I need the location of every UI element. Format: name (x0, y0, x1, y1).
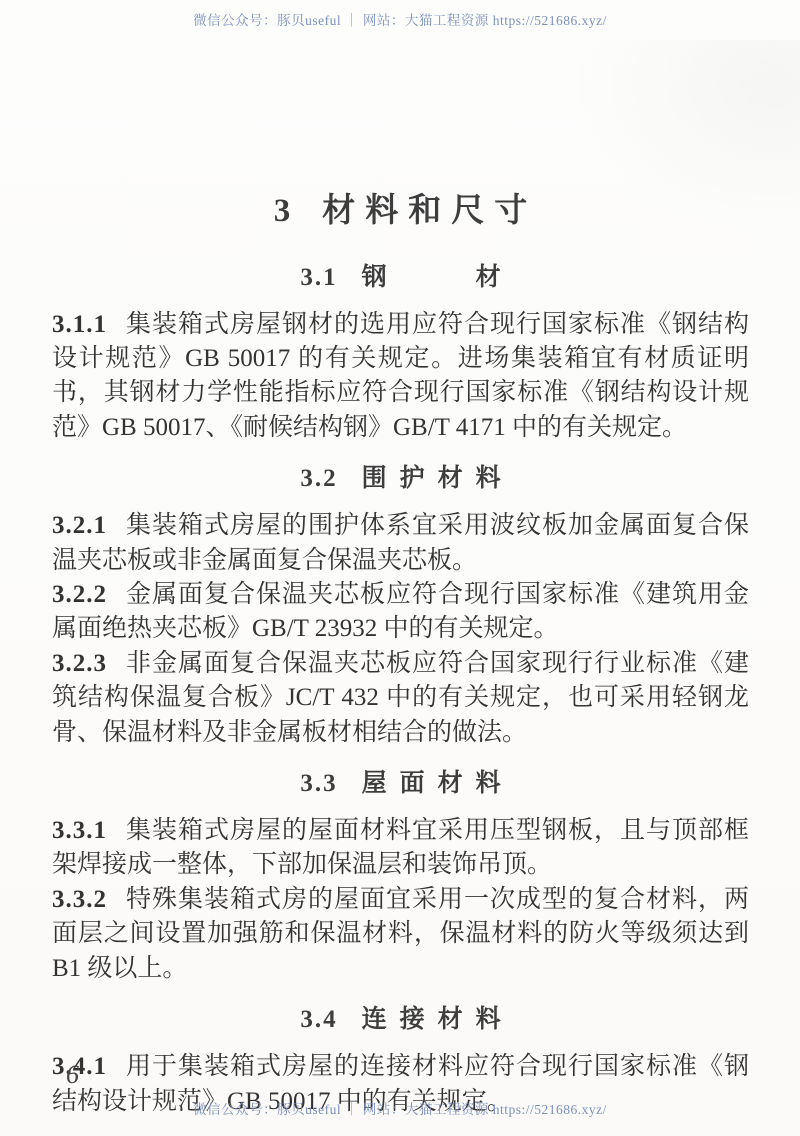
clause-3-3-1: 3.3.1集装箱式房屋的屋面材料宜采用压型钢板，且与顶部框架焊接成一整体，下部加… (52, 814, 749, 883)
clause-text: 非金属面复合保温夹芯板应符合国家现行行业标准《建筑结构保温复合板》JC/T 43… (52, 650, 749, 746)
clause-3-2-3: 3.2.3非金属面复合保温夹芯板应符合国家现行行业标准《建筑结构保温复合板》JC… (52, 647, 749, 750)
clause-text: 集装箱式房屋钢材的选用应符合现行国家标准《钢结构设计规范》GB 50017 的有… (52, 311, 749, 441)
clause-text: 集装箱式房屋的围护体系宜采用波纹板加金属面复合保温夹芯板或非金属面复合保温夹芯板… (52, 512, 749, 573)
watermark-bottom: 微信公众号：豚贝useful ｜ 网站：大猫工程资源 https://52168… (0, 1098, 800, 1118)
section-title: 连接材料 (362, 1006, 514, 1033)
section-number: 3.3 (300, 770, 337, 797)
section-heading-connection: 3.4连接材料 (52, 1004, 749, 1036)
chapter-title: 3材料和尺寸 (52, 192, 749, 232)
section-heading-roof: 3.3屋面材料 (52, 768, 749, 800)
clause-text: 集装箱式房屋的屋面材料宜采用压型钢板，且与顶部框架焊接成一整体，下部加保温层和装… (52, 817, 749, 878)
clause-number: 3.2.3 (52, 650, 125, 677)
section-number: 3.1 (300, 264, 337, 291)
clause-text: 金属面复合保温夹芯板应符合现行国家标准《建筑用金属面绝热夹芯板》GB/T 239… (52, 581, 749, 642)
section-heading-steel: 3.1钢 材 (52, 262, 749, 294)
clause-3-1-1: 3.1.1集装箱式房屋钢材的选用应符合现行国家标准《钢结构设计规范》GB 500… (52, 308, 749, 446)
section-number: 3.4 (300, 1006, 337, 1033)
page-number: 6 (66, 1060, 79, 1090)
clause-3-2-1: 3.2.1集装箱式房屋的围护体系宜采用波纹板加金属面复合保温夹芯板或非金属面复合… (52, 509, 749, 578)
watermark-bottom-text: 微信公众号：豚贝useful ｜ 网站：大猫工程资源 https://52168… (193, 1102, 607, 1117)
clause-number: 3.2.2 (52, 581, 125, 608)
clause-3-3-2: 3.3.2特殊集装箱式房的屋面宜采用一次成型的复合材料，两面层之间设置加强筋和保… (52, 883, 749, 986)
section-title: 围护材料 (362, 465, 514, 492)
clause-number: 3.2.1 (52, 512, 125, 539)
clause-number: 3.3.2 (52, 886, 125, 913)
section-title: 钢 材 (362, 264, 514, 291)
clause-number: 3.4.1 (52, 1053, 125, 1080)
chapter-title-text: 材料和尺寸 (322, 193, 537, 229)
document-page: 3材料和尺寸 3.1钢 材 3.1.1集装箱式房屋钢材的选用应符合现行国家标准《… (52, 0, 749, 1119)
clause-text: 特殊集装箱式房的屋面宜采用一次成型的复合材料，两面层之间设置加强筋和保温材料，保… (52, 886, 749, 982)
section-heading-envelope: 3.2围护材料 (52, 463, 749, 495)
clause-number: 3.3.1 (52, 817, 125, 844)
chapter-number: 3 (274, 193, 291, 229)
clause-3-2-2: 3.2.2金属面复合保温夹芯板应符合现行国家标准《建筑用金属面绝热夹芯板》GB/… (52, 578, 749, 647)
section-number: 3.2 (300, 465, 337, 492)
section-title: 屋面材料 (362, 770, 514, 797)
clause-number: 3.1.1 (52, 311, 125, 338)
